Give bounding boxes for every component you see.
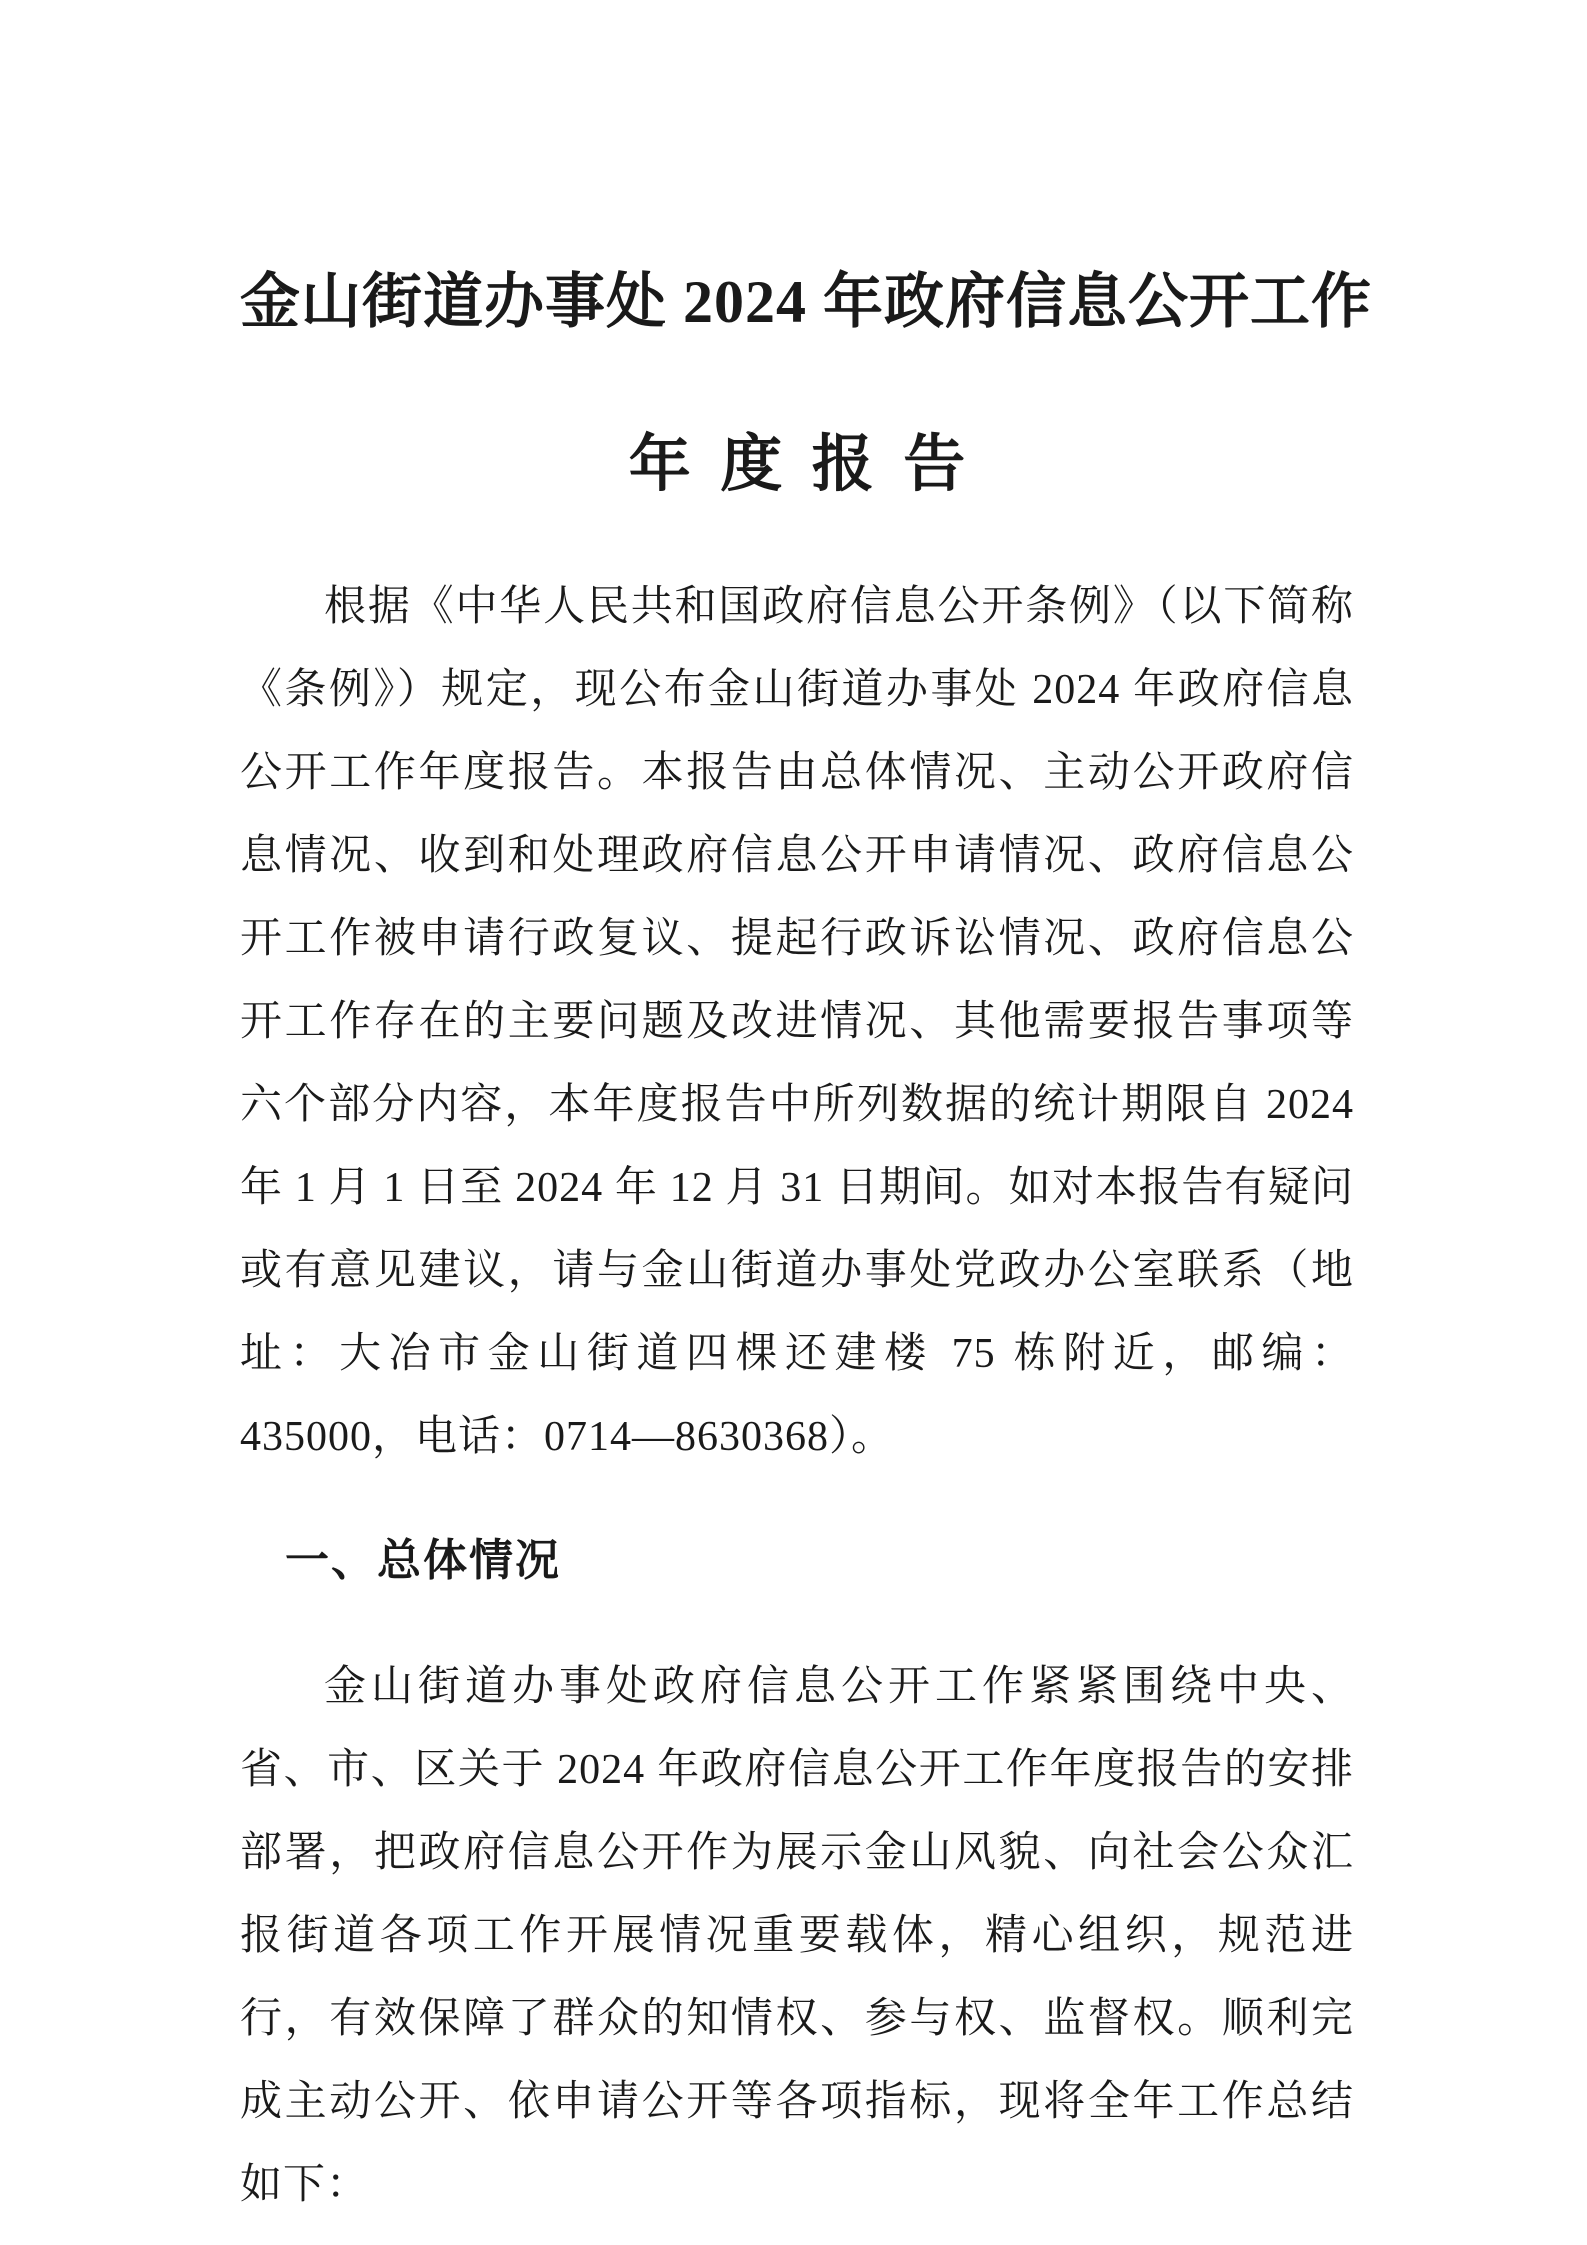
document-title-line2: 年 度 报 告: [240, 425, 1354, 505]
section-1-paragraph: 金山街道办事处政府信息公开工作紧紧围绕中央、省、市、区关于 2024 年政府信息…: [240, 1646, 1354, 2227]
document-title-line1: 金山街道办事处 2024 年政府信息公开工作: [240, 262, 1354, 342]
intro-paragraph: 根据《中华人民共和国政府信息公开条例》（以下简称《条例》）规定，现公布金山街道办…: [240, 566, 1354, 1479]
section-1-heading: 一、总体情况: [285, 1519, 1354, 1602]
document-page: 金山街道办事处 2024 年政府信息公开工作 年 度 报 告 根据《中华人民共和…: [0, 0, 1587, 2245]
